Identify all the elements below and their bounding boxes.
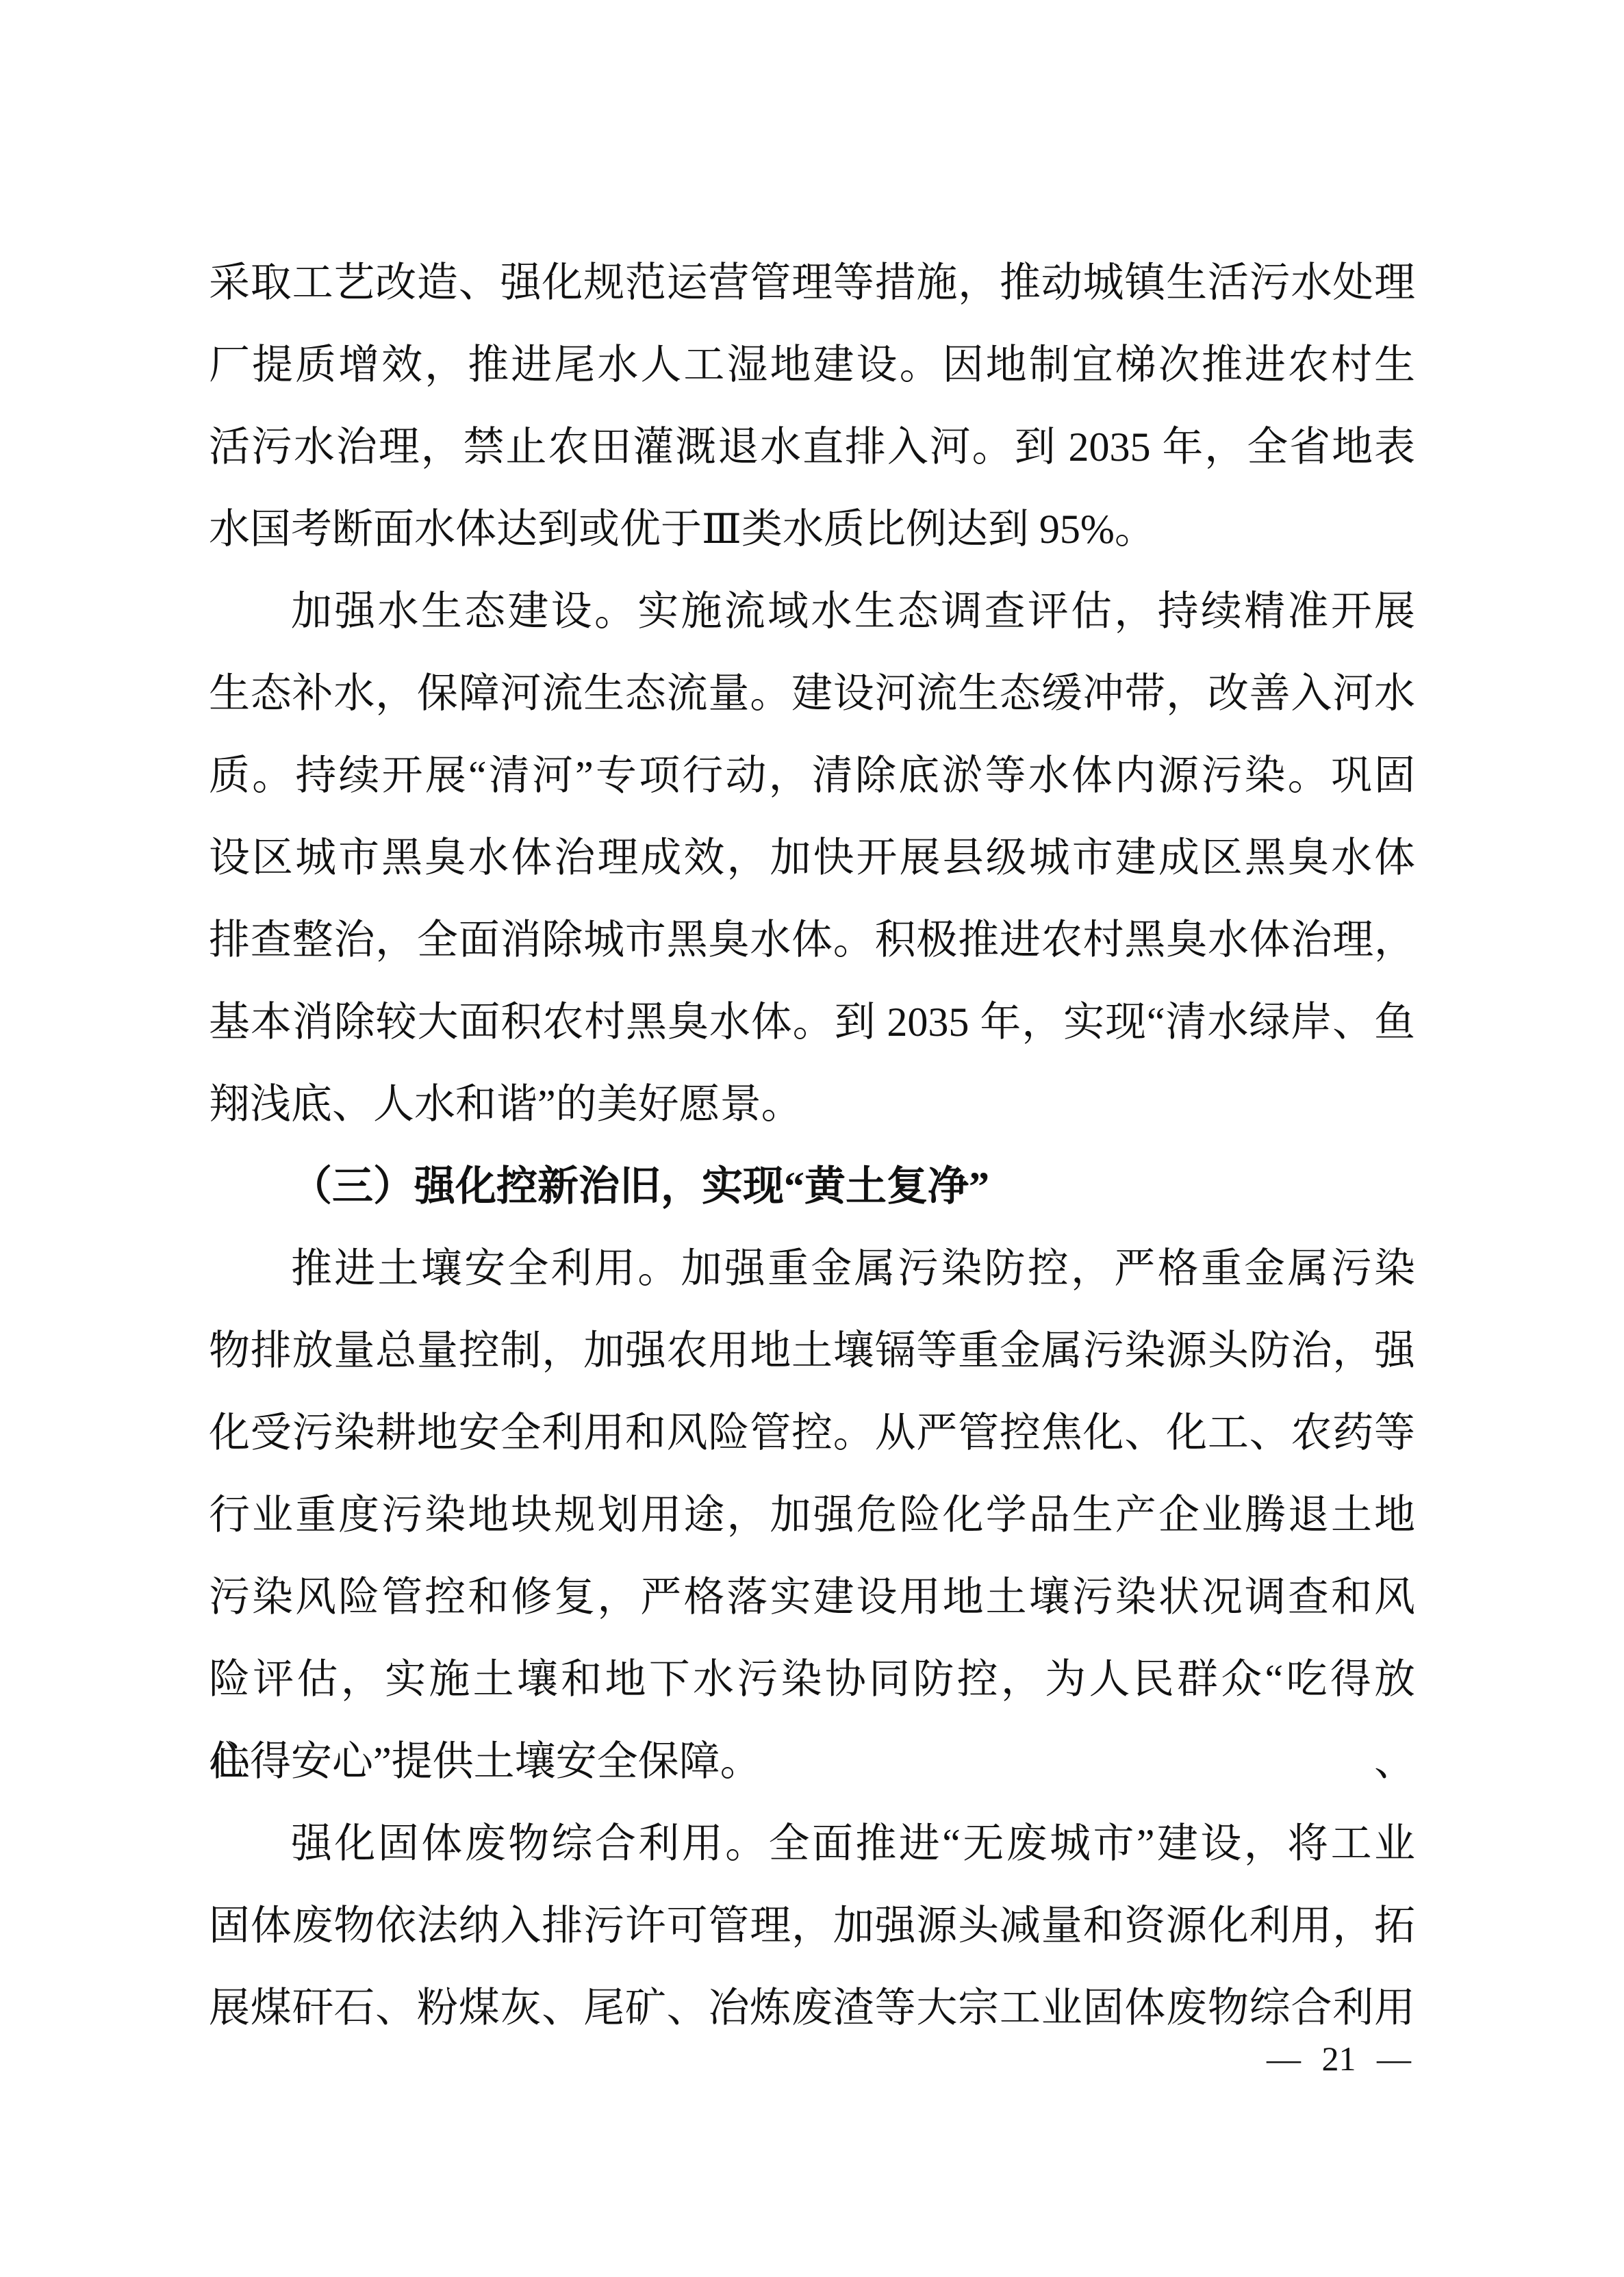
text-line: 推进土壤安全利用。加强重金属污染防控，严格重金属污染 <box>209 1227 1415 1310</box>
page-number: — 21 — <box>209 2021 1411 2096</box>
document-page: 采取工艺改造、强化规范运营管理等措施，推动城镇生活污水处理厂提质增效，推进尾水人… <box>0 0 1624 2277</box>
text-line: 强化固体废物综合利用。全面推进“无废城市”建设，将工业 <box>209 1803 1415 1885</box>
text-line: 基本消除较大面积农村黑臭水体。到 2035 年，实现“清水绿岸、鱼 <box>209 981 1415 1063</box>
text-line: 排查整治，全面消除城市黑臭水体。积极推进农村黑臭水体治理， <box>209 899 1415 981</box>
text-line: 厂提质增效，推进尾水人工湿地建设。因地制宜梯次推进农村生 <box>209 324 1415 406</box>
text-line: 翔浅底、人水和谐”的美好愿景。 <box>209 1063 1415 1145</box>
text-line: 污染风险管控和修复，严格落实建设用地土壤污染状况调查和风 <box>209 1556 1415 1638</box>
text-line: 水国考断面水体达到或优于Ⅲ类水质比例达到 95%。 <box>209 488 1415 570</box>
text-line: 化受污染耕地安全利用和风险管控。从严管控焦化、化工、农药等 <box>209 1392 1415 1474</box>
text-line: 设区城市黑臭水体治理成效，加快开展县级城市建成区黑臭水体 <box>209 817 1415 899</box>
text-line: 行业重度污染地块规划用途，加强危险化学品生产企业腾退土地 <box>209 1474 1415 1556</box>
section-heading: （三）强化控新治旧，实现“黄土复净” <box>209 1145 1415 1227</box>
text-line: 生态补水，保障河流生态流量。建设河流生态缓冲带，改善入河水 <box>209 652 1415 735</box>
text-line: 险评估，实施土壤和地下水污染协同防控，为人民群众“吃得放心、 <box>209 1638 1415 1720</box>
text-line: 固体废物依法纳入排污许可管理，加强源头减量和资源化利用，拓 <box>209 1885 1415 1967</box>
text-line: 物排放量总量控制，加强农用地土壤镉等重金属污染源头防治，强 <box>209 1310 1415 1392</box>
document-body: 采取工艺改造、强化规范运营管理等措施，推动城镇生活污水处理厂提质增效，推进尾水人… <box>209 242 1415 2049</box>
text-line: 活污水治理，禁止农田灌溉退水直排入河。到 2035 年，全省地表 <box>209 406 1415 488</box>
text-line: 加强水生态建设。实施流域水生态调查评估，持续精准开展 <box>209 570 1415 652</box>
text-line: 质。持续开展“清河”专项行动，清除底淤等水体内源污染。巩固 <box>209 735 1415 817</box>
text-line: 采取工艺改造、强化规范运营管理等措施，推动城镇生活污水处理 <box>209 242 1415 324</box>
